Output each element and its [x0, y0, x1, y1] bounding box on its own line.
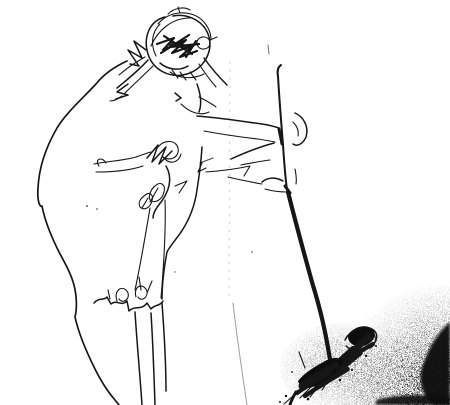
- scanned-sketch-page: [0, 0, 450, 405]
- toner-smudge: [336, 286, 450, 405]
- sketch-canvas: [0, 0, 450, 405]
